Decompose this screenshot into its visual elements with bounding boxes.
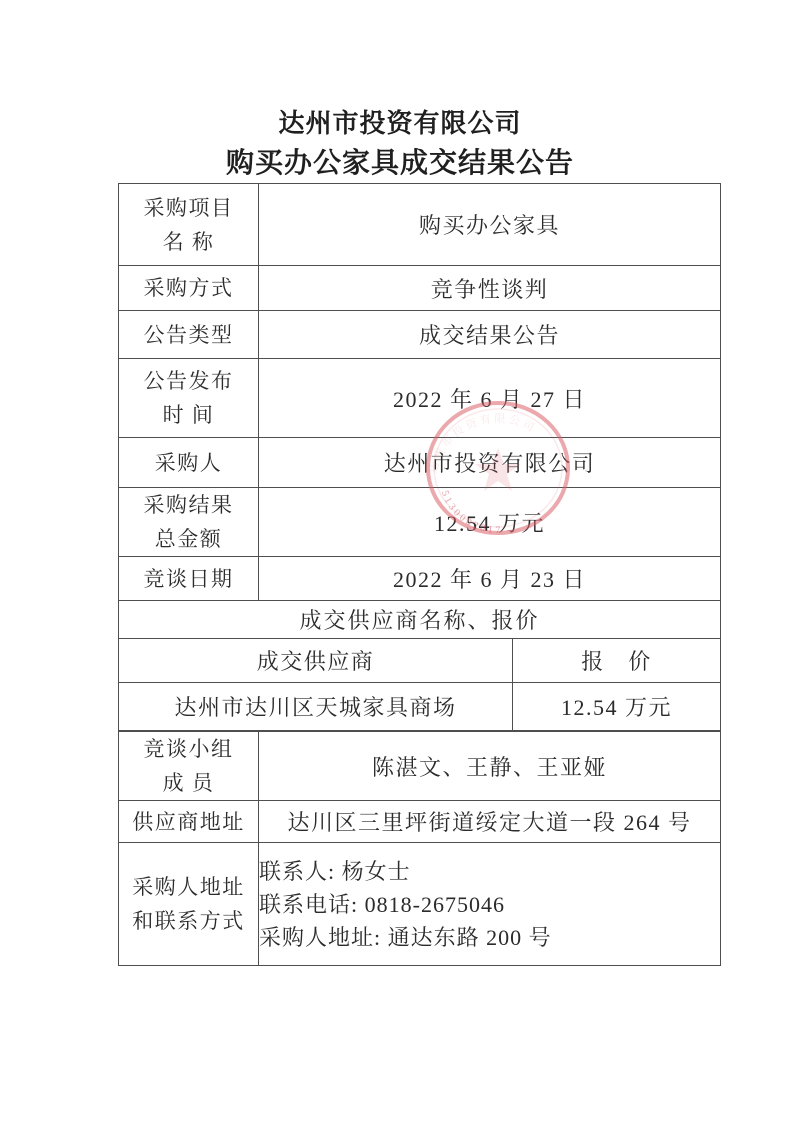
purchaser-contact-value: 联系人: 杨女士 联系电话: 0818-2675046 采购人地址: 通达东路 … [259,843,721,966]
total-amount-label-line2: 总金额 [119,522,258,556]
panel-members-value: 陈湛文、王静、王亚娅 [259,731,721,801]
table-row-purchase-method: 采购方式 竞争性谈判 [119,266,721,311]
purchase-method-value: 竞争性谈判 [259,266,721,311]
contact-address-line: 采购人地址: 通达东路 200 号 [259,921,720,954]
table-row-publish-time: 公告发布 时 间 2022 年 6 月 27 日 [119,359,721,438]
panel-members-label: 竞谈小组 成 员 [119,731,259,801]
panel-members-label-line1: 竞谈小组 [119,732,258,766]
panel-members-label-line2: 成 员 [119,766,258,800]
table-row-panel-members: 竞谈小组 成 员 陈湛文、王静、王亚娅 [119,731,721,801]
document-title-line2: 购买办公家具成交结果公告 [0,144,800,184]
table-row-purchaser-contact: 采购人地址 和联系方式 联系人: 杨女士 联系电话: 0818-2675046 … [119,843,721,966]
table-row-notice-type: 公告类型 成交结果公告 [119,311,721,359]
table-row-purchaser: 采购人 达州市投资有限公司 [119,438,721,488]
supplier-address-value: 达川区三里坪街道绥定大道一段 264 号 [259,801,721,843]
purchaser-contact-label-line2: 和联系方式 [119,904,258,938]
table-row-negotiation-date: 竞谈日期 2022 年 6 月 23 日 [119,557,721,601]
announcement-table: 采购项目 名 称 购买办公家具 采购方式 竞争性谈判 公告类型 成交结果公告 公… [118,183,721,966]
notice-type-label: 公告类型 [119,311,259,359]
supplier-price-value: 12.54 万元 [513,683,721,732]
table-row-project-name: 采购项目 名 称 购买办公家具 [119,184,721,266]
purchaser-contact-label: 采购人地址 和联系方式 [119,843,259,966]
notice-type-value: 成交结果公告 [259,311,721,359]
purchaser-contact-label-line1: 采购人地址 [119,870,258,904]
document-title: 达州市投资有限公司 购买办公家具成交结果公告 [0,104,800,184]
project-name-label-line2: 名 称 [119,225,258,259]
table-row-supplier-columns: 成交供应商 报 价 [119,639,721,683]
total-amount-label-line1: 采购结果 [119,488,258,522]
table-row-supplier: 达州市达川区天城家具商场 12.54 万元 [119,683,721,732]
supplier-section-title: 成交供应商名称、报价 [119,601,721,639]
negotiation-date-value: 2022 年 6 月 23 日 [259,557,721,601]
negotiation-date-label: 竞谈日期 [119,557,259,601]
table-row-total-amount: 采购结果 总金额 12.54 万元 [119,488,721,557]
supplier-name-value: 达州市达川区天城家具商场 [119,683,513,732]
scanned-document-page: 达州市投资有限公司 购买办公家具成交结果公告 采购项目 名 称 购买办公家具 采… [0,0,800,1131]
contact-phone-line: 联系电话: 0818-2675046 [259,888,720,921]
publish-time-label-line2: 时 间 [119,398,258,432]
purchase-method-label: 采购方式 [119,266,259,311]
supplier-price-column-header: 报 价 [513,639,721,683]
purchaser-label: 采购人 [119,438,259,488]
supplier-name-column-header: 成交供应商 [119,639,513,683]
table-row-supplier-section-header: 成交供应商名称、报价 [119,601,721,639]
project-name-label: 采购项目 名 称 [119,184,259,266]
contact-person-line: 联系人: 杨女士 [259,855,720,888]
project-name-value: 购买办公家具 [259,184,721,266]
publish-time-label: 公告发布 时 间 [119,359,259,438]
total-amount-value: 12.54 万元 [259,488,721,557]
publish-time-value: 2022 年 6 月 27 日 [259,359,721,438]
purchaser-value: 达州市投资有限公司 [259,438,721,488]
publish-time-label-line1: 公告发布 [119,364,258,398]
supplier-address-label: 供应商地址 [119,801,259,843]
project-name-label-line1: 采购项目 [119,191,258,225]
table-row-supplier-address: 供应商地址 达川区三里坪街道绥定大道一段 264 号 [119,801,721,843]
document-title-line1: 达州市投资有限公司 [0,104,800,144]
total-amount-label: 采购结果 总金额 [119,488,259,557]
